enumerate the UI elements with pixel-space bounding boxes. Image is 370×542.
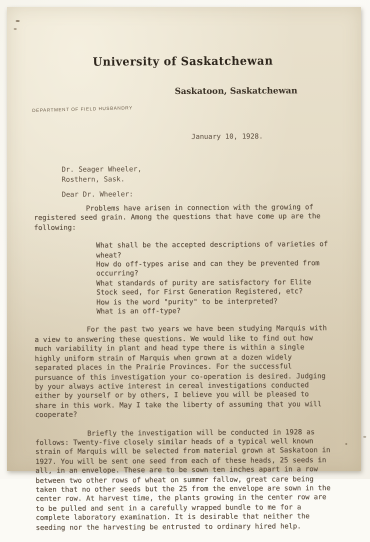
salutation: Dear Dr. Wheeler: [62, 190, 134, 198]
letter-paper: University of Saskatchewan Saskatoon, Sa… [7, 7, 361, 471]
question-list: What shall be the accepted descriptions … [96, 240, 328, 317]
letter-content: University of Saskatchewan Saskatoon, Sa… [6, 6, 363, 472]
letterhead-university-title: University of Saskatchewan [6, 54, 360, 70]
question-item: What standards of purity are satisfactor… [96, 278, 328, 298]
paper-speck [16, 20, 20, 22]
paper-speck [363, 436, 366, 438]
letter-date: January 10, 1928. [191, 133, 263, 141]
paper-speck [318, 458, 320, 460]
paper-speck [345, 443, 347, 445]
letterhead-city-line: Saskatoon, Saskatchewan [126, 86, 346, 97]
paragraph-procedure: Briefly the investigation will be conduc… [35, 428, 332, 479]
letter-body: Problems have arisen in connection with … [34, 203, 332, 479]
paragraph-study: For the past two years we have been stud… [35, 325, 332, 421]
recipient-address: Dr. Seager Wheeler, Rosthern, Sask. [62, 165, 142, 184]
letterhead-department: DEPARTMENT OF FIELD HUSBANDRY [32, 105, 133, 113]
question-item: How do off-types arise and can they be p… [96, 259, 328, 279]
scan-background: University of Saskatchewan Saskatoon, Sa… [0, 0, 370, 479]
question-item: What shall be the accepted descriptions … [96, 240, 328, 260]
paragraph-intro: Problems have arisen in connection with … [34, 203, 330, 233]
paper-speck [14, 28, 17, 30]
question-item: What is an off-type? [96, 306, 328, 317]
